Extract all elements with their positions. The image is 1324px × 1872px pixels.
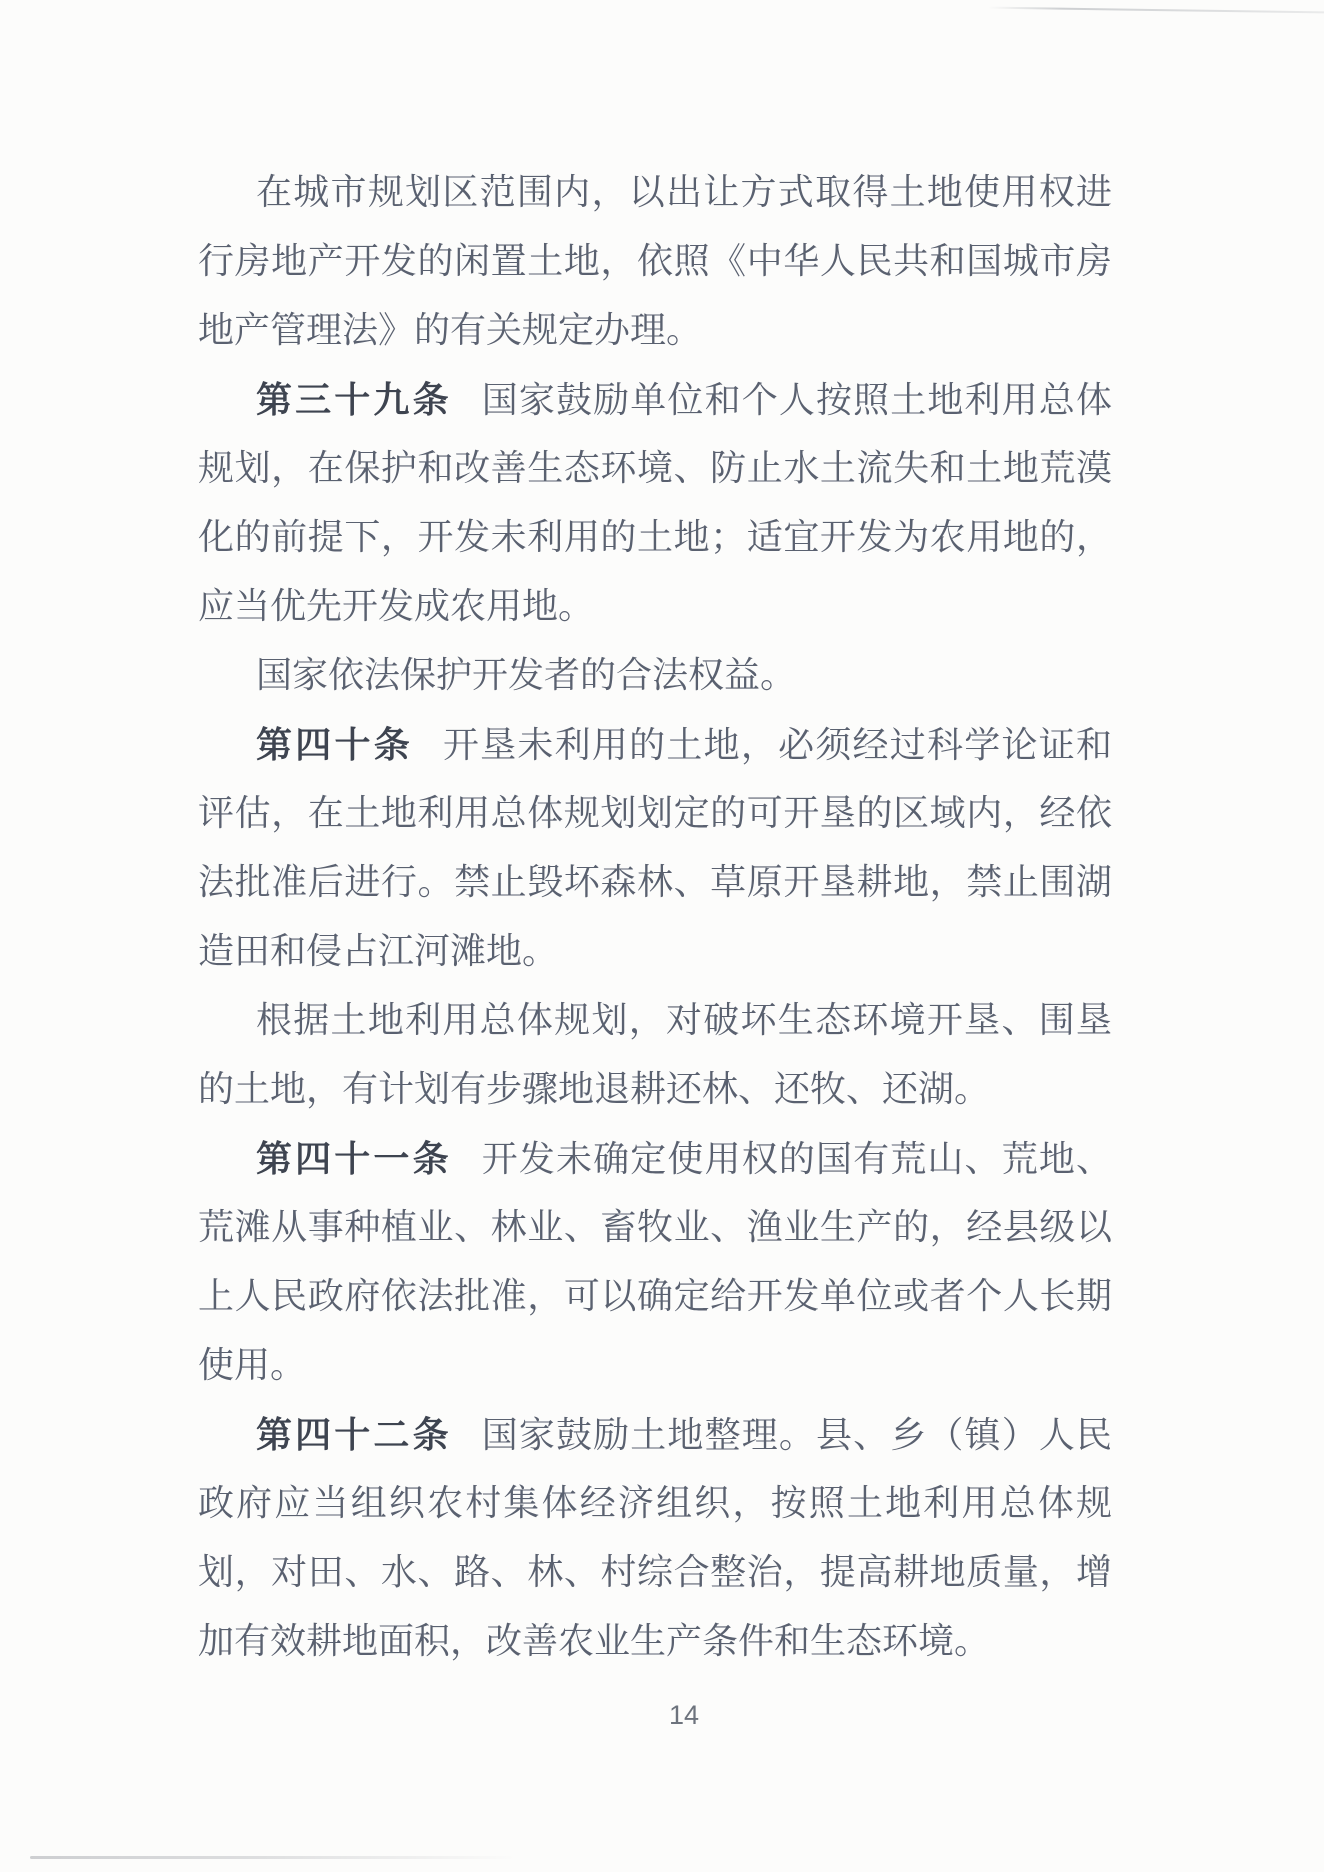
text-line: 划，对田、水、路、林、村综合整治，提高耕地质量，增: [198, 1538, 1112, 1607]
text-line: 地产管理法》的有关规定办理。: [198, 296, 1112, 365]
line-text: 应当优先开发成农用地。: [198, 586, 594, 626]
line-text: 造田和侵占江河滩地。: [198, 931, 558, 971]
text-line: 使用。: [198, 1331, 1112, 1400]
text-line: 第四十条开垦未利用的土地，必须经过科学论证和: [198, 710, 1112, 779]
line-text: 荒滩从事种植业、林业、畜牧业、渔业生产的，经县级以: [198, 1207, 1112, 1247]
line-text: 国家鼓励土地整理。县、乡（镇）人民: [482, 1415, 1112, 1455]
line-text: 开发未确定使用权的国有荒山、荒地、: [482, 1139, 1112, 1179]
text-line: 评估，在土地利用总体规划划定的可开垦的区域内，经依: [198, 779, 1112, 848]
body-paragraph: 根据土地利用总体规划，对破坏生态环境开垦、围垦的土地，有计划有步骤地退耕还林、还…: [198, 986, 1112, 1124]
line-text: 政府应当组织农村集体经济组织，按照土地利用总体规: [198, 1483, 1112, 1523]
line-text: 国家鼓励单位和个人按照土地利用总体: [482, 380, 1112, 420]
text-line: 造田和侵占江河滩地。: [198, 917, 1112, 986]
article-paragraph: 第四十条开垦未利用的土地，必须经过科学论证和评估，在土地利用总体规划划定的可开垦…: [198, 710, 1112, 986]
line-text: 上人民政府依法批准，可以确定给开发单位或者个人长期: [198, 1276, 1112, 1316]
text-line: 荒滩从事种植业、林业、畜牧业、渔业生产的，经县级以: [198, 1193, 1112, 1262]
article-paragraph: 第三十九条国家鼓励单位和个人按照土地利用总体规划，在保护和改善生态环境、防止水土…: [198, 365, 1112, 641]
text-line: 上人民政府依法批准，可以确定给开发单位或者个人长期: [198, 1262, 1112, 1331]
text-line: 第四十二条国家鼓励土地整理。县、乡（镇）人民: [198, 1400, 1112, 1469]
text-line: 根据土地利用总体规划，对破坏生态环境开垦、围垦: [198, 986, 1112, 1055]
line-text: 评估，在土地利用总体规划划定的可开垦的区域内，经依: [198, 793, 1112, 833]
line-text: 地产管理法》的有关规定办理。: [198, 310, 702, 350]
line-text: 法批准后进行。禁止毁坏森林、草原开垦耕地，禁止围湖: [198, 862, 1112, 902]
text-line: 法批准后进行。禁止毁坏森林、草原开垦耕地，禁止围湖: [198, 848, 1112, 917]
line-text: 国家依法保护开发者的合法权益。: [256, 655, 796, 695]
scanned-document-page: 在城市规划区范围内，以出让方式取得土地使用权进行房地产开发的闲置土地，依照《中华…: [0, 0, 1324, 1872]
line-text: 开垦未利用的土地，必须经过科学论证和: [443, 725, 1112, 765]
article-number-label: 第四十二条: [256, 1414, 452, 1455]
text-line: 规划，在保护和改善生态环境、防止水土流失和土地荒漠: [198, 434, 1112, 503]
body-paragraph: 在城市规划区范围内，以出让方式取得土地使用权进行房地产开发的闲置土地，依照《中华…: [198, 158, 1112, 365]
article-paragraph: 第四十二条国家鼓励土地整理。县、乡（镇）人民政府应当组织农村集体经济组织，按照土…: [198, 1400, 1112, 1676]
line-text: 使用。: [198, 1345, 306, 1385]
document-body: 在城市规划区范围内，以出让方式取得土地使用权进行房地产开发的闲置土地，依照《中华…: [198, 158, 1112, 1676]
text-line: 第四十一条开发未确定使用权的国有荒山、荒地、: [198, 1124, 1112, 1193]
text-line: 国家依法保护开发者的合法权益。: [198, 641, 1112, 710]
page-number: 14: [669, 1700, 699, 1731]
article-paragraph: 第四十一条开发未确定使用权的国有荒山、荒地、荒滩从事种植业、林业、畜牧业、渔业生…: [198, 1124, 1112, 1400]
line-text: 行房地产开发的闲置土地，依照《中华人民共和国城市房: [198, 241, 1112, 281]
text-line: 化的前提下，开发未利用的土地；适宜开发为农用地的，: [198, 503, 1112, 572]
text-line: 行房地产开发的闲置土地，依照《中华人民共和国城市房: [198, 227, 1112, 296]
text-line: 政府应当组织农村集体经济组织，按照土地利用总体规: [198, 1469, 1112, 1538]
scan-artifact-line-bottom: [30, 1856, 516, 1859]
line-text: 划，对田、水、路、林、村综合整治，提高耕地质量，增: [198, 1552, 1112, 1592]
text-line: 在城市规划区范围内，以出让方式取得土地使用权进: [198, 158, 1112, 227]
text-line: 加有效耕地面积，改善农业生产条件和生态环境。: [198, 1607, 1112, 1676]
body-paragraph: 国家依法保护开发者的合法权益。: [198, 641, 1112, 710]
line-text: 规划，在保护和改善生态环境、防止水土流失和土地荒漠: [198, 448, 1112, 488]
article-number-label: 第四十条: [256, 724, 413, 765]
text-line: 第三十九条国家鼓励单位和个人按照土地利用总体: [198, 365, 1112, 434]
text-line: 的土地，有计划有步骤地退耕还林、还牧、还湖。: [198, 1055, 1112, 1124]
line-text: 加有效耕地面积，改善农业生产条件和生态环境。: [198, 1621, 990, 1661]
article-number-label: 第四十一条: [256, 1138, 452, 1179]
scan-artifact-line-top: [988, 7, 1324, 14]
line-text: 在城市规划区范围内，以出让方式取得土地使用权进: [256, 172, 1112, 212]
line-text: 根据土地利用总体规划，对破坏生态环境开垦、围垦: [256, 1000, 1112, 1040]
line-text: 的土地，有计划有步骤地退耕还林、还牧、还湖。: [198, 1069, 990, 1109]
text-line: 应当优先开发成农用地。: [198, 572, 1112, 641]
line-text: 化的前提下，开发未利用的土地；适宜开发为农用地的，: [198, 517, 1112, 557]
article-number-label: 第三十九条: [256, 379, 452, 420]
